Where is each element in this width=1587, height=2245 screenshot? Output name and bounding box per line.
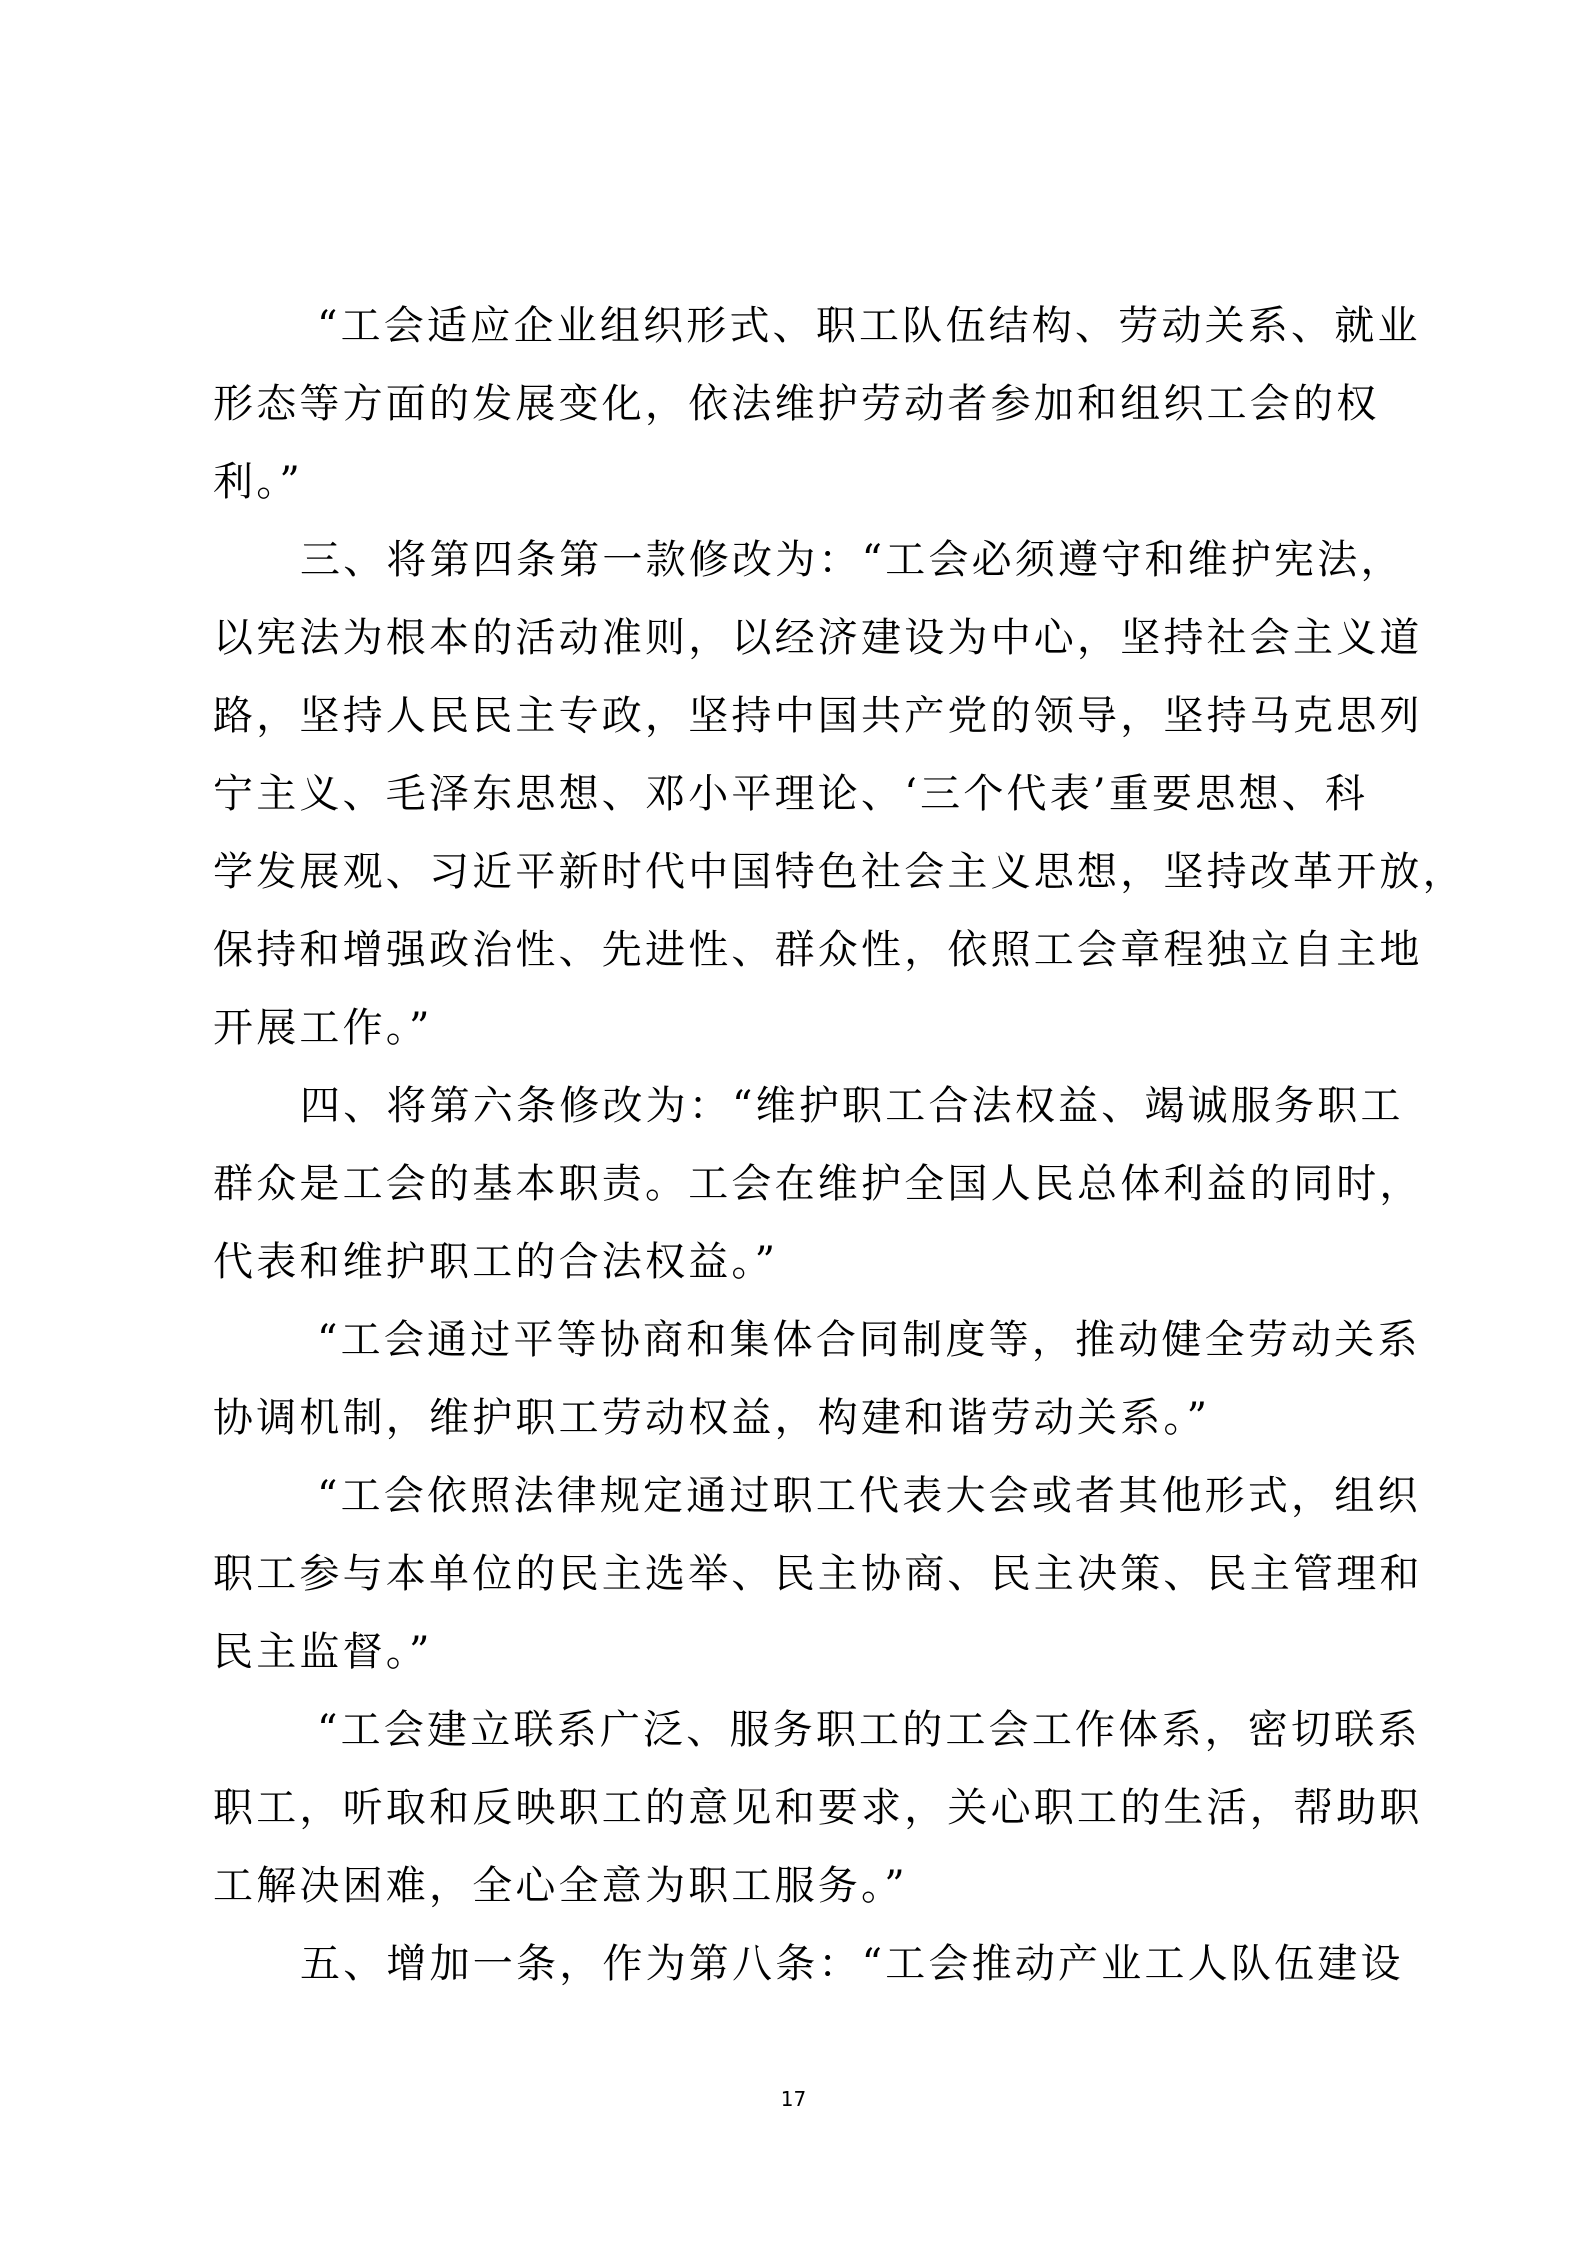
text-line: 代表和维护职工的合法权益。”	[213, 1236, 1393, 1288]
text-line: 保持和增强政治性、先进性、群众性，依照工会章程独立自主地	[213, 924, 1393, 976]
text-line: 开展工作。”	[213, 1002, 1393, 1054]
text-line: 职工，听取和反映职工的意见和要求，关心职工的生活，帮助职	[213, 1782, 1393, 1834]
text-line: 学发展观、习近平新时代中国特色社会主义思想，坚持改革开放，	[213, 846, 1393, 898]
text-line: 利。”	[213, 456, 1393, 508]
text-line: “工会建立联系广泛、服务职工的工会工作体系，密切联系	[317, 1704, 1497, 1756]
document-page: “工会适应企业组织形式、职工队伍结构、劳动关系、就业 形态等方面的发展变化，依法…	[0, 0, 1587, 2245]
text-line: 协调机制，维护职工劳动权益，构建和谐劳动关系。”	[213, 1392, 1393, 1444]
text-line: 以宪法为根本的活动准则，以经济建设为中心，坚持社会主义道	[213, 612, 1393, 664]
text-line: 三、将第四条第一款修改为：“工会必须遵守和维护宪法，	[300, 534, 1480, 586]
text-line: “工会依照法律规定通过职工代表大会或者其他形式，组织	[317, 1470, 1497, 1522]
text-line: 五、增加一条，作为第八条：“工会推动产业工人队伍建设	[300, 1938, 1480, 1990]
text-line: “工会适应企业组织形式、职工队伍结构、劳动关系、就业	[317, 300, 1497, 352]
text-line: 路，坚持人民民主专政，坚持中国共产党的领导，坚持马克思列	[213, 690, 1393, 742]
page-number: 17	[0, 2087, 1587, 2111]
text-line: 宁主义、毛泽东思想、邓小平理论、‘三个代表’重要思想、科	[213, 768, 1393, 820]
text-line: 四、将第六条修改为：“维护职工合法权益、竭诚服务职工	[300, 1080, 1480, 1132]
text-line: 形态等方面的发展变化，依法维护劳动者参加和组织工会的权	[213, 378, 1393, 430]
text-line: 群众是工会的基本职责。工会在维护全国人民总体利益的同时，	[213, 1158, 1393, 1210]
text-line: 民主监督。”	[213, 1626, 1393, 1678]
text-line: 工解决困难，全心全意为职工服务。”	[213, 1860, 1393, 1912]
text-line: 职工参与本单位的民主选举、民主协商、民主决策、民主管理和	[213, 1548, 1393, 1600]
text-line: “工会通过平等协商和集体合同制度等，推动健全劳动关系	[317, 1314, 1497, 1366]
